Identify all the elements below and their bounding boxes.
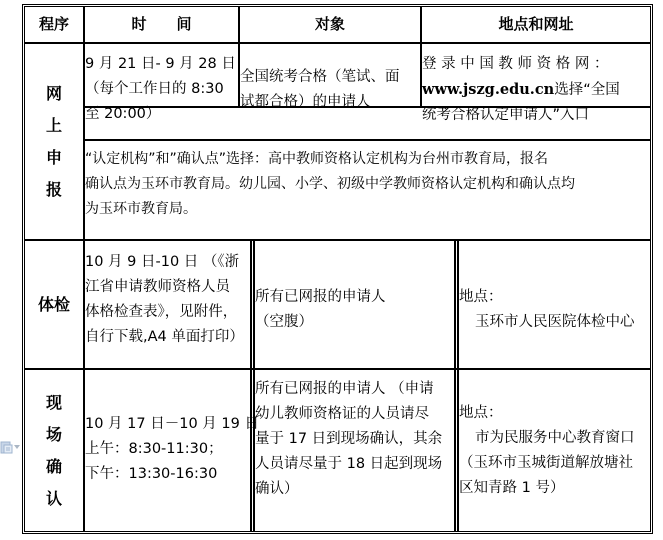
divider (454, 239, 456, 531)
divider (25, 42, 650, 44)
site-value: 玉环市人民医院体检中心 (459, 310, 650, 335)
onsite-target: 所有已网报的申请人 （申请 幼儿教师资格证的人员请尽 量于 17 日到现场确认，… (255, 377, 454, 502)
note-line: 确认点为玉环市教育局。幼儿园、小学、初级中学教师资格认定机构和确认点均 (85, 172, 650, 197)
site-line: 统考合格认定申请人”入口 (422, 103, 650, 128)
note-line: 为玉环市教育局。 (85, 197, 650, 222)
process-char: 认 (46, 483, 62, 515)
header-time: 时 间 (85, 7, 238, 42)
target-line: 全国统考合格（笔试、面 (240, 65, 420, 90)
process-char: 场 (46, 419, 62, 451)
time-line: 江省申请教师资格人员 (85, 275, 250, 300)
process-char: 确 (46, 451, 62, 483)
time-line: 下午：13:30-16:30 (85, 462, 250, 487)
time-line: （每个工作日的 8:30 (85, 77, 238, 102)
health-site: 地点： 玉环市人民医院体检中心 (459, 285, 650, 335)
process-char: 网 (46, 78, 62, 110)
time-line: 体格检查表》，见附件， (85, 300, 250, 325)
site-value: 市为民服务中心教育窗口 (459, 426, 650, 451)
note-line: “认定机构”和”确认点”选择：高中教师资格认定机构为台州市教育局，报名 (85, 147, 650, 172)
target-line: 量于 17 日到现场确认，其余 (255, 427, 454, 452)
header-process: 程序 (25, 7, 83, 42)
online-target: 全国统考合格（笔试、面 试都合格）的申请人 (240, 65, 420, 115)
website-link[interactable]: www.jszg.edu.cn (422, 81, 554, 98)
site-label: 地点： (459, 285, 650, 310)
site-address: 区知青路 1 号） (459, 476, 650, 501)
target-line: 人员请尽量于 18 日起到现场 (255, 452, 454, 477)
target-line: （空腹） (255, 310, 454, 335)
time-line: 至 20:00） (85, 102, 238, 127)
divider (25, 239, 650, 241)
site-address: （玉环市玉城街道解放塘社 (459, 451, 650, 476)
divider (83, 139, 650, 141)
health-time: 10 月 9 日-10 日 （《浙 江省申请教师资格人员 体格检查表》，见附件，… (85, 250, 250, 350)
site-line: 登 录 中 国 教 师 资 格 网 ： (422, 52, 650, 77)
process-char: 报 (46, 174, 62, 206)
process-health: 体检 (25, 241, 83, 368)
divider (250, 239, 252, 531)
process-label: 体检 (38, 289, 70, 321)
site-line: 选择“全国 (554, 82, 620, 98)
target-line: 所有已网报的申请人 (255, 285, 454, 310)
process-char: 上 (46, 110, 62, 142)
health-target: 所有已网报的申请人 （空腹） (255, 285, 454, 335)
time-line: 9 月 21 日- 9 月 28 日 (85, 52, 238, 77)
time-line: 10 月 9 日-10 日 （《浙 (85, 250, 250, 275)
time-line: 上午：8:30-11:30； (85, 437, 250, 462)
onsite-site: 地点： 市为民服务中心教育窗口 （玉环市玉城街道解放塘社 区知青路 1 号） (459, 401, 650, 501)
process-online: 网 上 申 报 (25, 44, 83, 239)
schedule-table: 程序 时 间 对象 地点和网址 网 上 申 报 9 月 21 日- 9 月 28… (22, 4, 653, 534)
site-label: 地点： (459, 401, 650, 426)
paste-options-icon[interactable] (0, 440, 14, 454)
online-site: 登 录 中 国 教 师 资 格 网 ： www.jszg.edu.cn选择“全国… (422, 52, 650, 128)
target-line: 幼儿教师资格证的人员请尽 (255, 402, 454, 427)
header-target: 对象 (240, 7, 420, 42)
divider (25, 368, 650, 370)
online-note: “认定机构”和”确认点”选择：高中教师资格认定机构为台州市教育局，报名 确认点为… (85, 147, 650, 222)
target-line: 确认） (255, 477, 454, 502)
process-char: 申 (46, 142, 62, 174)
time-line: 10 月 17 日－10 月 19 日 (85, 412, 250, 437)
onsite-time: 10 月 17 日－10 月 19 日 上午：8:30-11:30； 下午：13… (85, 412, 250, 487)
process-onsite: 现 场 确 认 (25, 370, 83, 531)
target-line: 试都合格）的申请人 (240, 90, 420, 115)
header-location: 地点和网址 (422, 7, 650, 42)
time-line: 自行下载,A4 单面打印） (85, 325, 250, 350)
paste-options-dropdown-icon[interactable] (14, 445, 20, 449)
online-time: 9 月 21 日- 9 月 28 日 （每个工作日的 8:30 至 20:00） (85, 52, 238, 127)
target-line: 所有已网报的申请人 （申请 (255, 377, 454, 402)
process-char: 现 (46, 387, 62, 419)
